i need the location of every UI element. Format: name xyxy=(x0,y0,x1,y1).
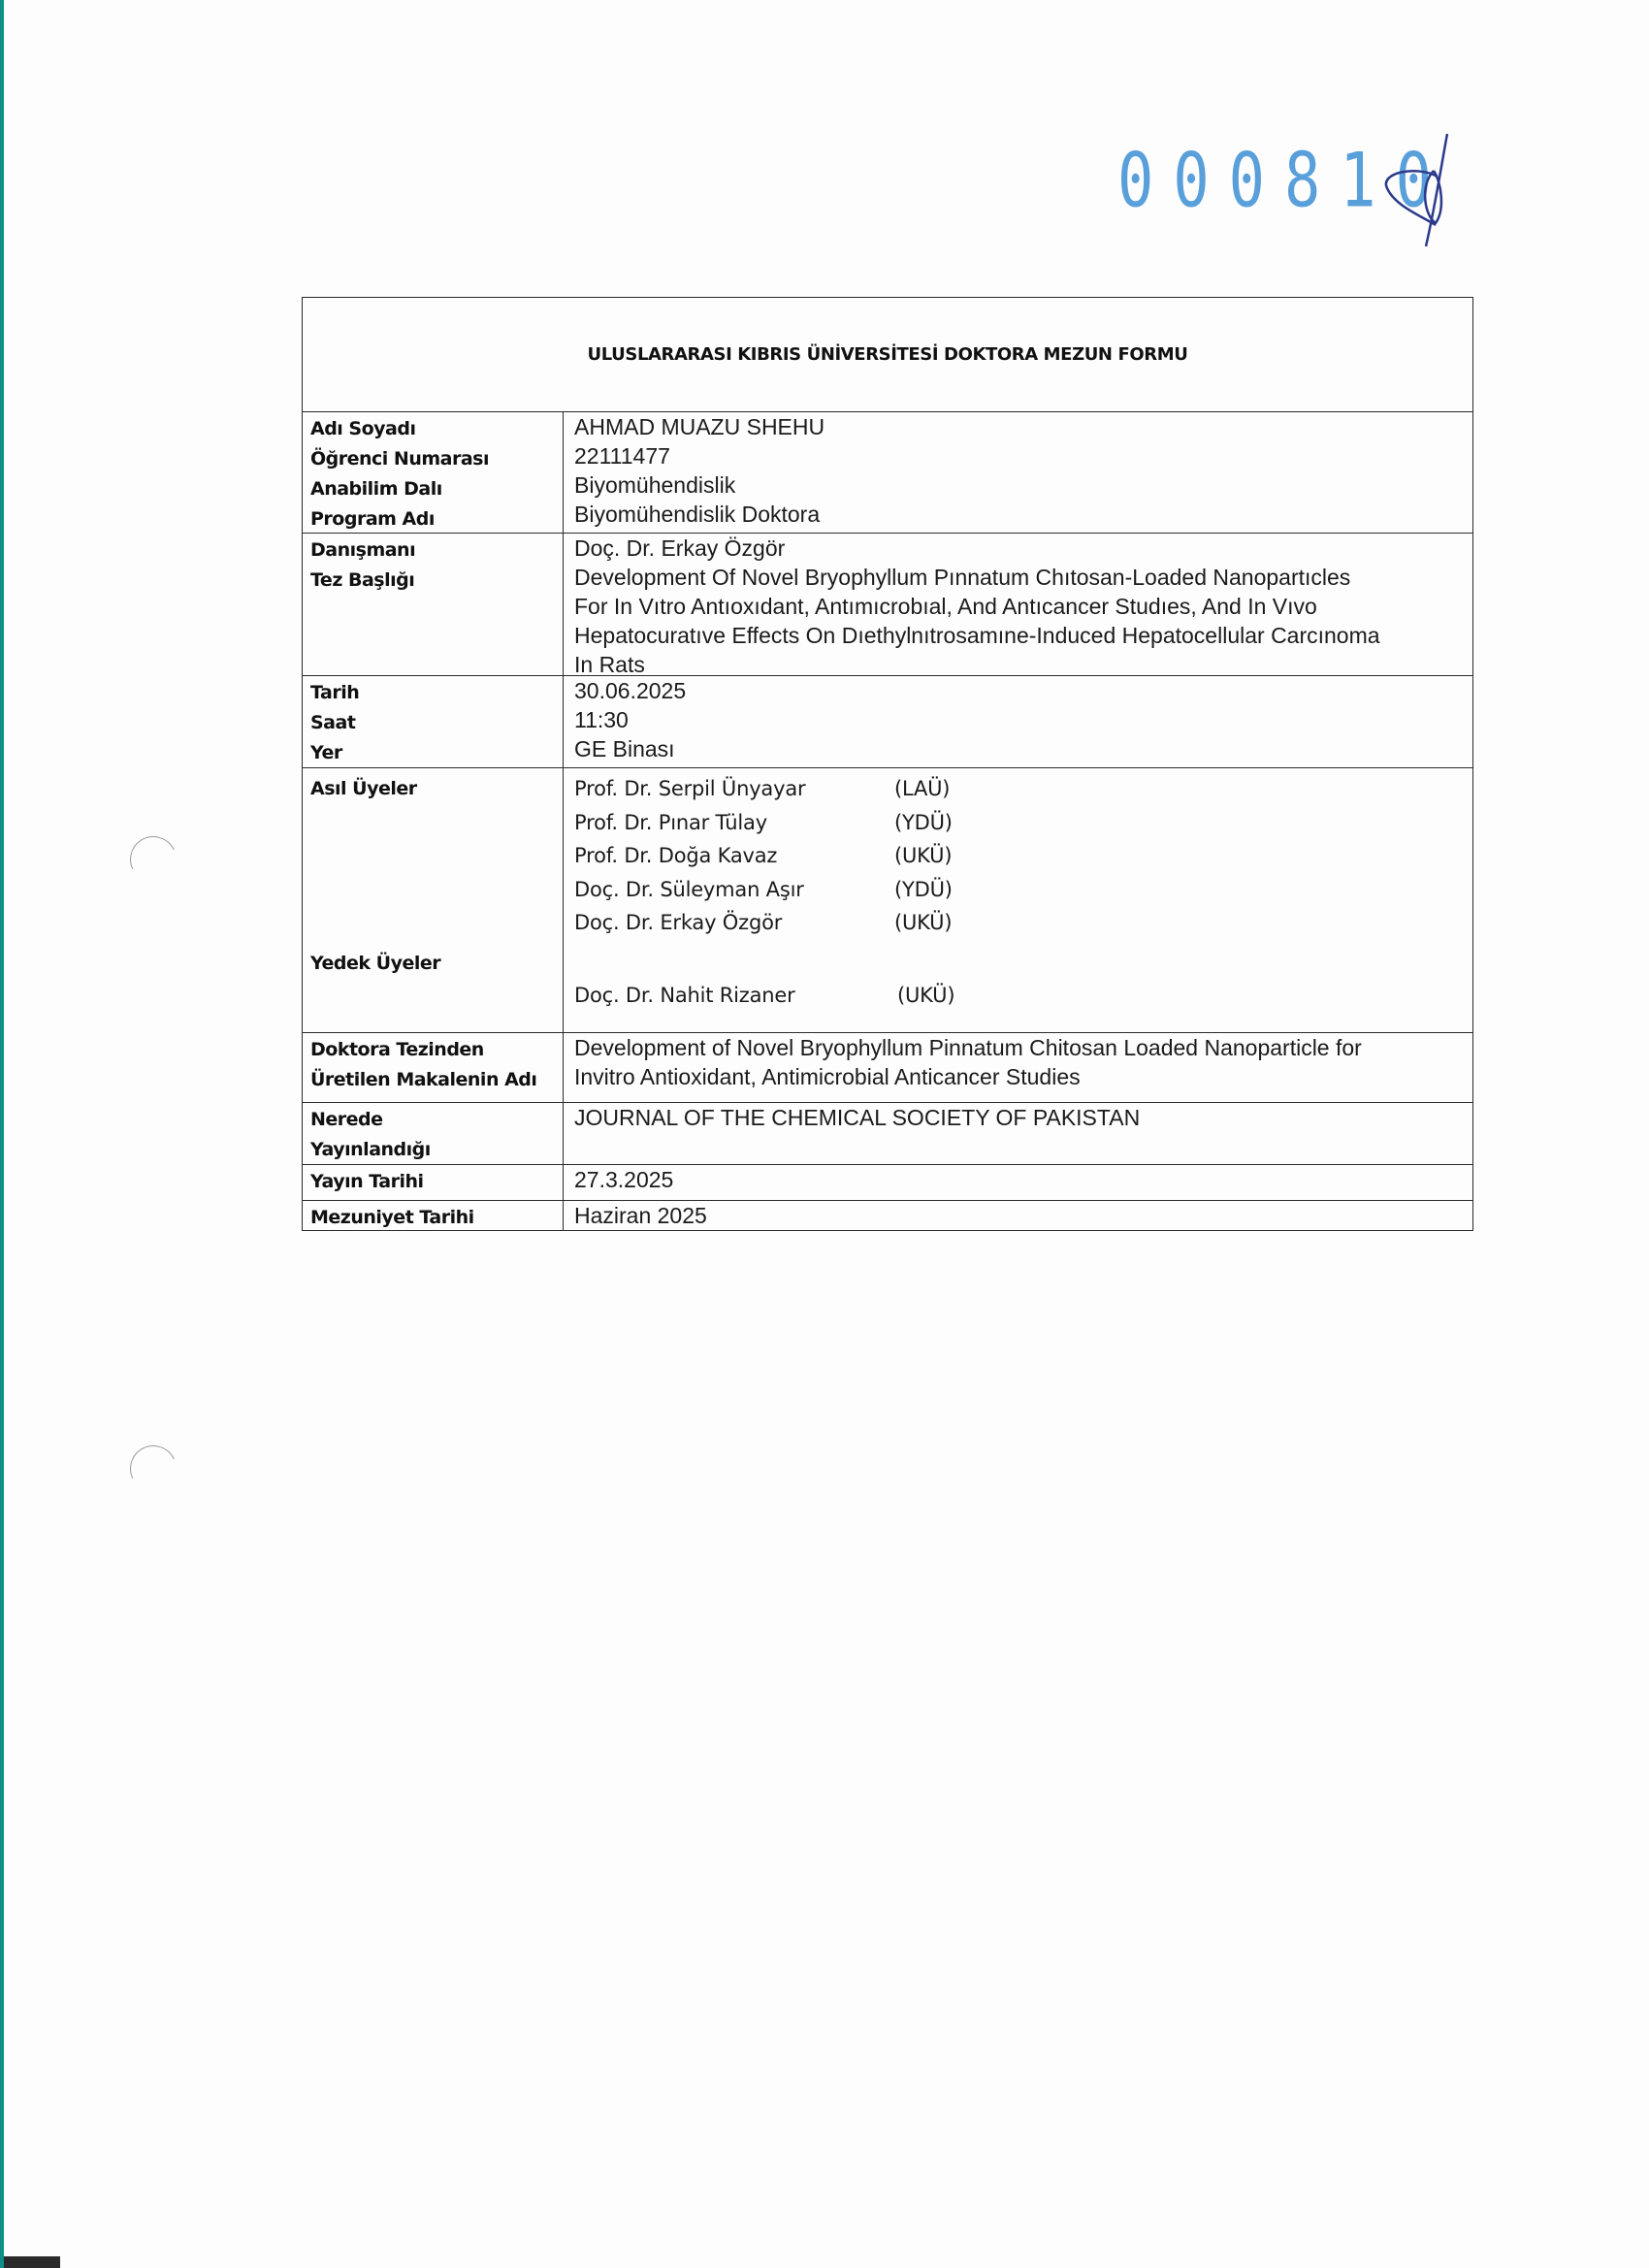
label-article-line: Üretilen Makalenin Adı xyxy=(310,1065,563,1095)
publication-date: 27.3.2025 xyxy=(564,1165,1472,1200)
label-time: Saat xyxy=(310,708,563,738)
label-publication-date: Yayın Tarihi xyxy=(303,1165,564,1200)
defense-labels: Tarih Saat Yer xyxy=(303,676,564,767)
department: Biyomühendislik xyxy=(574,470,1472,500)
article-title: Development of Novel Bryophyllum Pinnatu… xyxy=(564,1033,1472,1102)
thesis-title-line: Development Of Novel Bryophyllum Pınnatu… xyxy=(574,563,1472,592)
graduation-date-row: Mezuniyet Tarihi Haziran 2025 xyxy=(303,1201,1472,1230)
spacer xyxy=(574,940,1472,979)
publication-date-row: Yayın Tarihi 27.3.2025 xyxy=(303,1165,1472,1201)
member-name: Doç. Dr. Erkay Özgör xyxy=(574,906,894,940)
committee-member: Prof. Dr. Doğa Kavaz (UKÜ) xyxy=(574,839,1472,873)
graduate-form-table: ULUSLARARASI KIBRIS ÜNİVERSİTESİ DOKTORA… xyxy=(302,297,1473,1231)
member-affiliation: (UKÜ) xyxy=(894,906,952,940)
member-affiliation: (YDÜ) xyxy=(894,806,953,840)
label-program: Program Adı xyxy=(310,504,563,535)
article-title-line: Development of Novel Bryophyllum Pinnatu… xyxy=(574,1033,1472,1062)
publication-row: Nerede Yayınlandığı JOURNAL OF THE CHEMI… xyxy=(303,1103,1472,1165)
committee-member: Prof. Dr. Pınar Tülay (YDÜ) xyxy=(574,806,1472,840)
signature-mark xyxy=(1377,126,1455,252)
form-title: ULUSLARARASI KIBRIS ÜNİVERSİTESİ DOKTORA… xyxy=(303,298,1472,412)
label-name: Adı Soyadı xyxy=(310,414,563,444)
alternate-member: Doç. Dr. Nahit Rizaner (UKÜ) xyxy=(574,979,1472,1013)
committee-member: Doç. Dr. Süleyman Aşır (YDÜ) xyxy=(574,873,1472,907)
scan-corner-shadow xyxy=(4,2256,60,2268)
program-name: Biyomühendislik Doktora xyxy=(574,500,1472,529)
member-name: Prof. Dr. Pınar Tülay xyxy=(574,806,894,840)
committee-labels: Asıl Üyeler Yedek Üyeler xyxy=(303,768,564,1032)
label-date: Tarih xyxy=(310,678,563,708)
publication-venue: JOURNAL OF THE CHEMICAL SOCIETY OF PAKIS… xyxy=(564,1103,1472,1164)
committee-member: Prof. Dr. Serpil Ünyayar (LAÜ) xyxy=(574,772,1472,806)
committee-member: Doç. Dr. Erkay Özgör (UKÜ) xyxy=(574,906,1472,940)
label-student-number: Öğrenci Numarası xyxy=(310,444,563,474)
label-publication-line: Yayınlandığı xyxy=(310,1135,563,1165)
label-advisor: Danışmanı xyxy=(310,535,563,566)
scan-mark xyxy=(123,829,183,890)
defense-place: GE Binası xyxy=(574,734,1472,763)
thesis-labels: Danışmanı Tez Başlığı xyxy=(303,534,564,675)
student-info-values: AHMAD MUAZU SHEHU 22111477 Biyomühendisl… xyxy=(564,412,1472,533)
thesis-title-line: For In Vıtro Antıoxıdant, Antımıcrobıal,… xyxy=(574,592,1472,621)
thesis-row: Danışmanı Tez Başlığı Doç. Dr. Erkay Özg… xyxy=(303,534,1472,676)
label-department: Anabilim Dalı xyxy=(310,474,563,504)
defense-values: 30.06.2025 11:30 GE Binası xyxy=(564,676,1472,767)
member-name: Prof. Dr. Serpil Ünyayar xyxy=(574,772,894,806)
label-thesis-title: Tez Başlığı xyxy=(310,566,563,596)
member-affiliation: (UKÜ) xyxy=(897,979,954,1013)
member-name: Doç. Dr. Nahit Rizaner xyxy=(574,979,897,1013)
graduation-date: Haziran 2025 xyxy=(564,1201,1472,1230)
committee-list: Prof. Dr. Serpil Ünyayar (LAÜ) Prof. Dr.… xyxy=(564,768,1472,1032)
defense-time: 11:30 xyxy=(574,705,1472,734)
scan-mark xyxy=(123,1439,183,1499)
article-title-line: Invitro Antioxidant, Antimicrobial Antic… xyxy=(574,1062,1472,1091)
label-alternate-members: Yedek Üyeler xyxy=(310,949,440,979)
member-affiliation: (UKÜ) xyxy=(894,839,952,873)
student-name: AHMAD MUAZU SHEHU xyxy=(574,412,1472,441)
label-main-members: Asıl Üyeler xyxy=(310,770,563,804)
journal-name: JOURNAL OF THE CHEMICAL SOCIETY OF PAKIS… xyxy=(574,1103,1472,1132)
label-article-line: Doktora Tezinden xyxy=(310,1035,563,1065)
student-number: 22111477 xyxy=(574,441,1472,470)
scan-edge-strip xyxy=(0,0,4,2268)
member-affiliation: (YDÜ) xyxy=(894,873,953,907)
student-info-labels: Adı Soyadı Öğrenci Numarası Anabilim Dal… xyxy=(303,412,564,533)
member-affiliation: (LAÜ) xyxy=(894,772,950,806)
defense-row: Tarih Saat Yer 30.06.2025 11:30 GE Binas… xyxy=(303,676,1472,768)
committee-row: Asıl Üyeler Yedek Üyeler Prof. Dr. Serpi… xyxy=(303,768,1472,1033)
article-labels: Doktora Tezinden Üretilen Makalenin Adı xyxy=(303,1033,564,1102)
label-graduation-date: Mezuniyet Tarihi xyxy=(303,1201,564,1230)
article-row: Doktora Tezinden Üretilen Makalenin Adı … xyxy=(303,1033,1472,1103)
publication-labels: Nerede Yayınlandığı xyxy=(303,1103,564,1164)
thesis-title-line: In Rats xyxy=(574,650,1472,679)
student-info-row: Adı Soyadı Öğrenci Numarası Anabilim Dal… xyxy=(303,412,1472,534)
label-place: Yer xyxy=(310,738,563,768)
advisor-name: Doç. Dr. Erkay Özgör xyxy=(574,534,1472,563)
thesis-values: Doç. Dr. Erkay Özgör Development Of Nove… xyxy=(564,534,1472,675)
thesis-title-line: Hepatocuratıve Effects On Dıethylnıtrosa… xyxy=(574,621,1472,650)
member-name: Prof. Dr. Doğa Kavaz xyxy=(574,839,894,873)
label-publication-line: Nerede xyxy=(310,1105,563,1135)
member-name: Doç. Dr. Süleyman Aşır xyxy=(574,873,894,907)
defense-date: 30.06.2025 xyxy=(574,676,1472,705)
